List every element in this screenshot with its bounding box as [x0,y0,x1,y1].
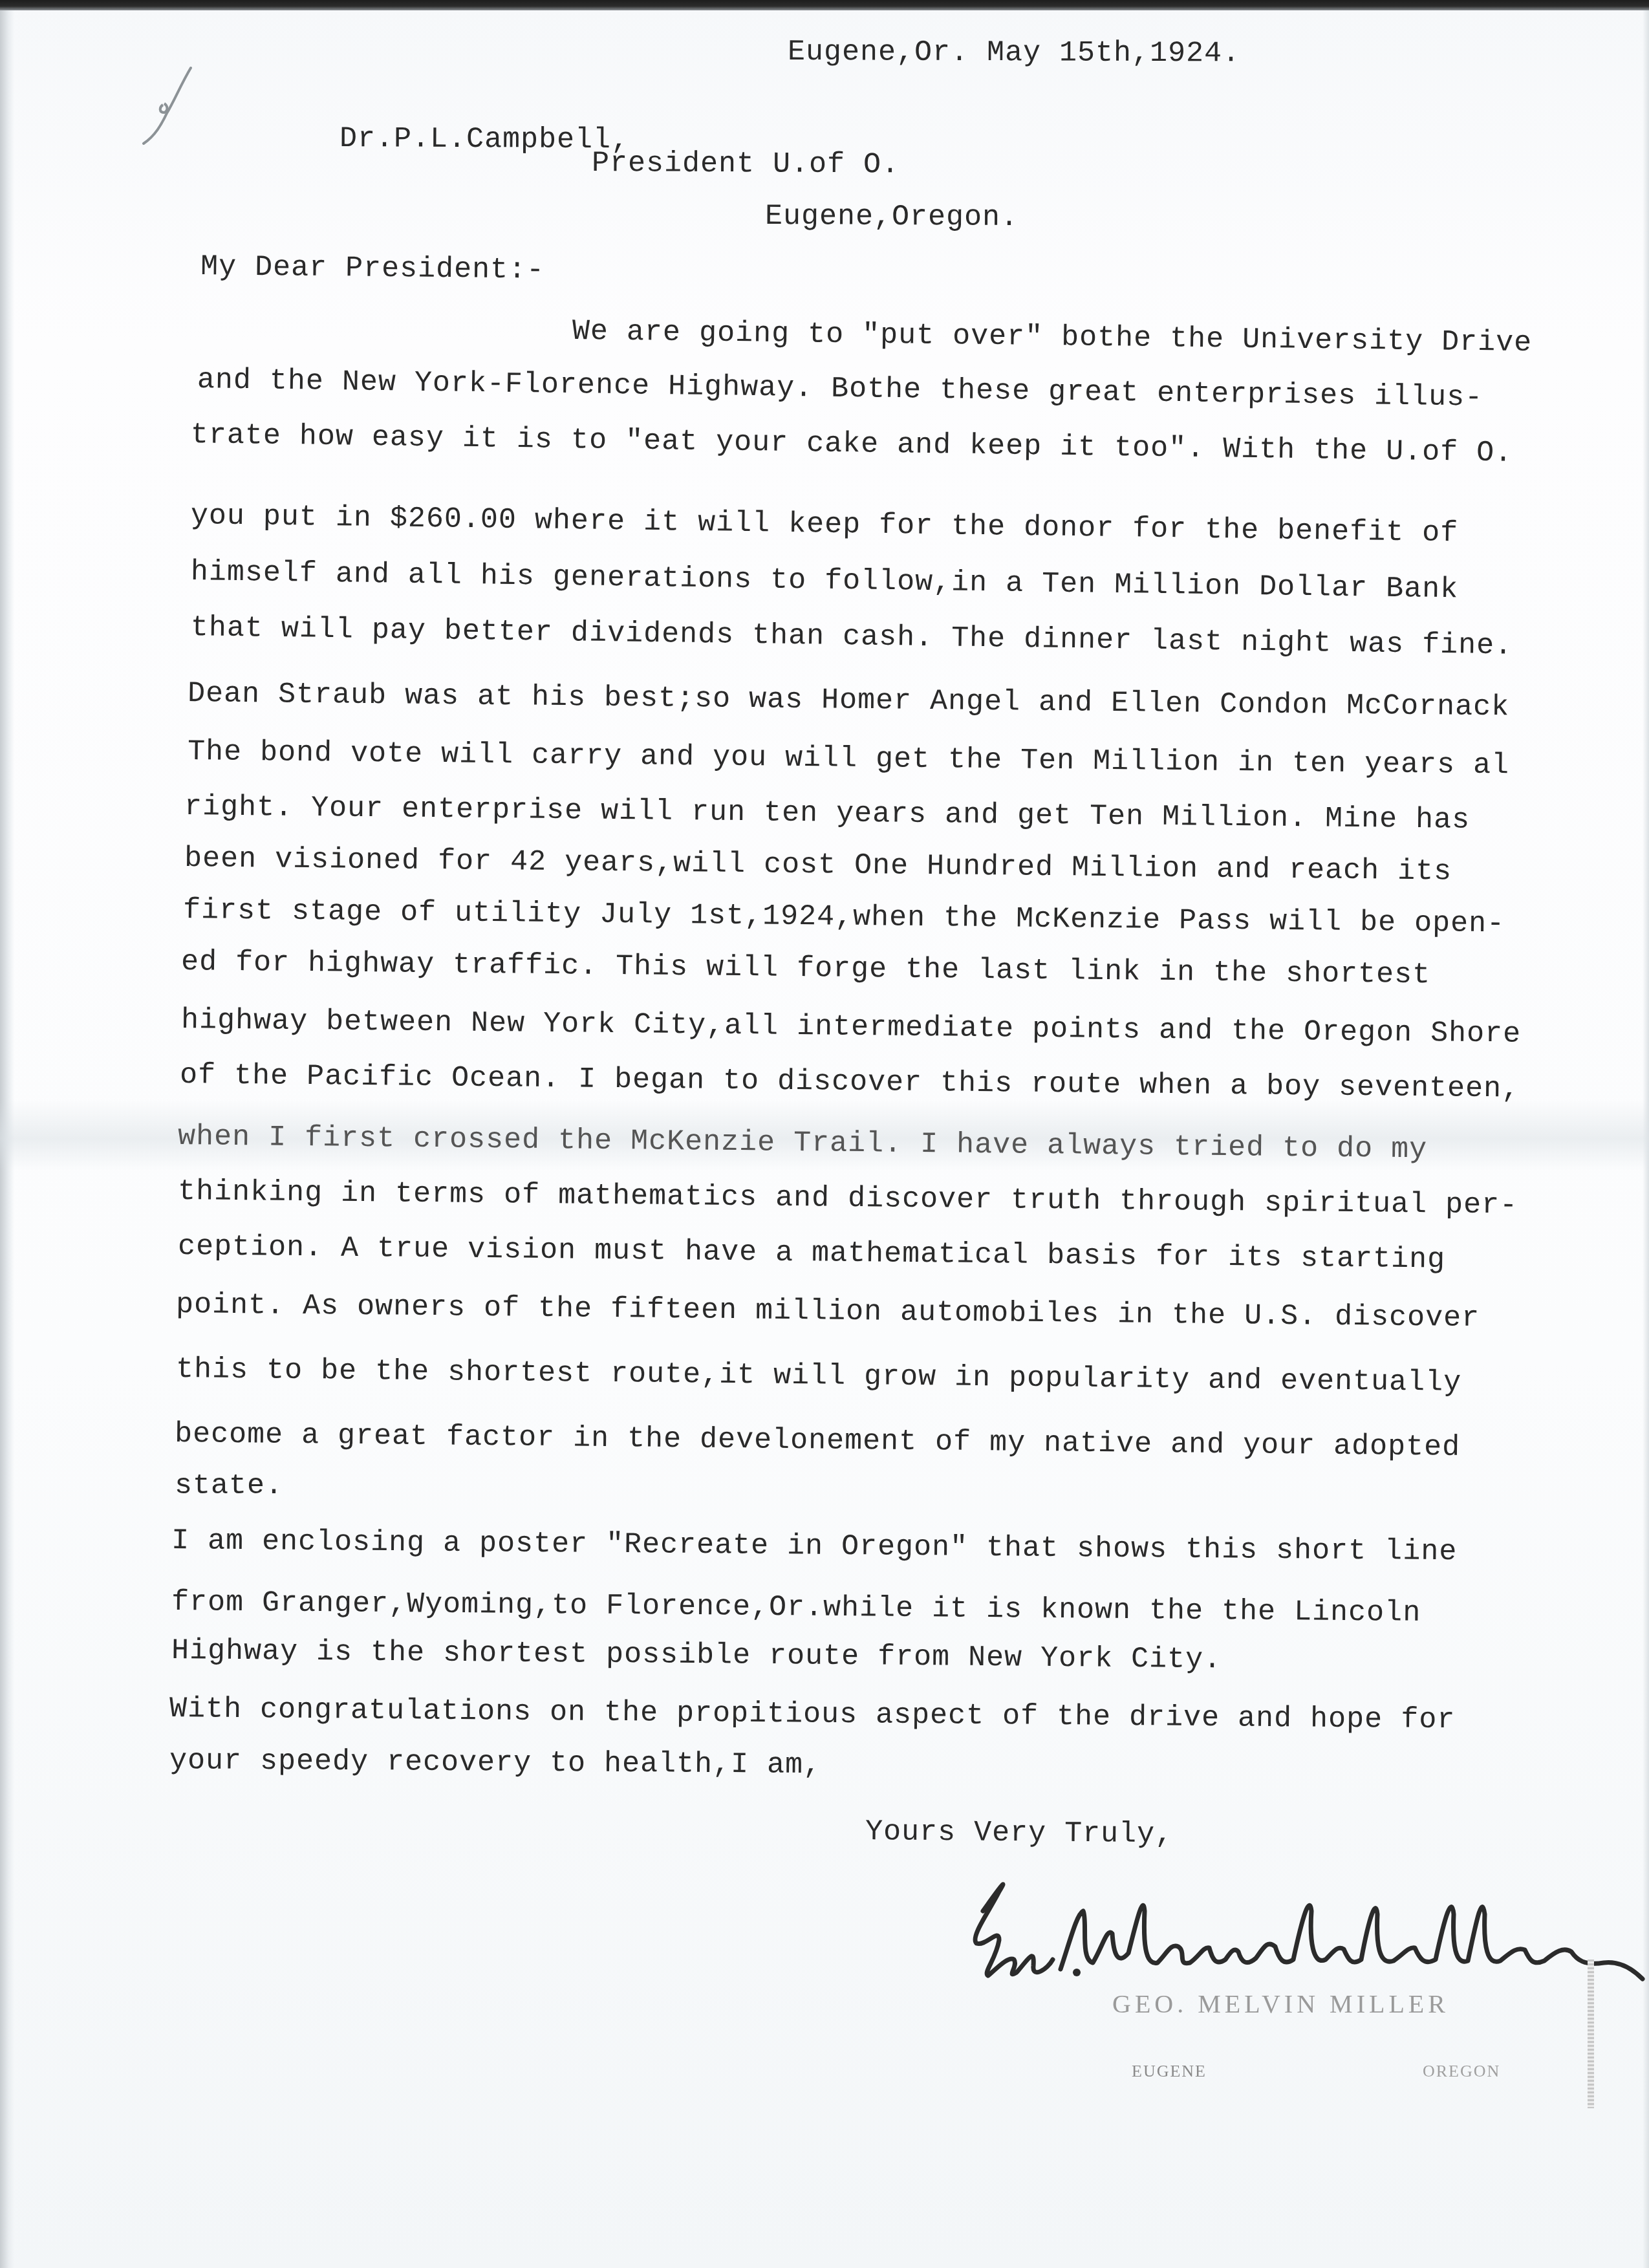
recipient-name: Dr.P.L.Campbell, [339,124,629,155]
dateline: Eugene,Or. May 15th,1924. [788,38,1240,68]
scan-top-edge [0,0,1649,10]
letterhead-stamp-name: GEO. MELVIN MILLER [1112,1989,1449,2019]
salutation: My Dear President:- [200,252,545,285]
letterhead-stamp-state: OREGON [1423,2062,1500,2081]
closing: Yours Very Truly, [865,1817,1173,1849]
body-line: your speedy recovery to health,I am, [169,1746,821,1780]
stamp-edge-bar [1588,1960,1594,2108]
recipient-city: Eugene,Oregon. [765,202,1018,232]
pencil-check-mark-icon [129,65,194,149]
recipient-title: President U.of O. [592,149,900,179]
letterhead-stamp-city: EUGENE [1132,2062,1207,2081]
handwritten-signature-icon [938,1875,1649,1992]
body-line: state. [175,1471,283,1500]
